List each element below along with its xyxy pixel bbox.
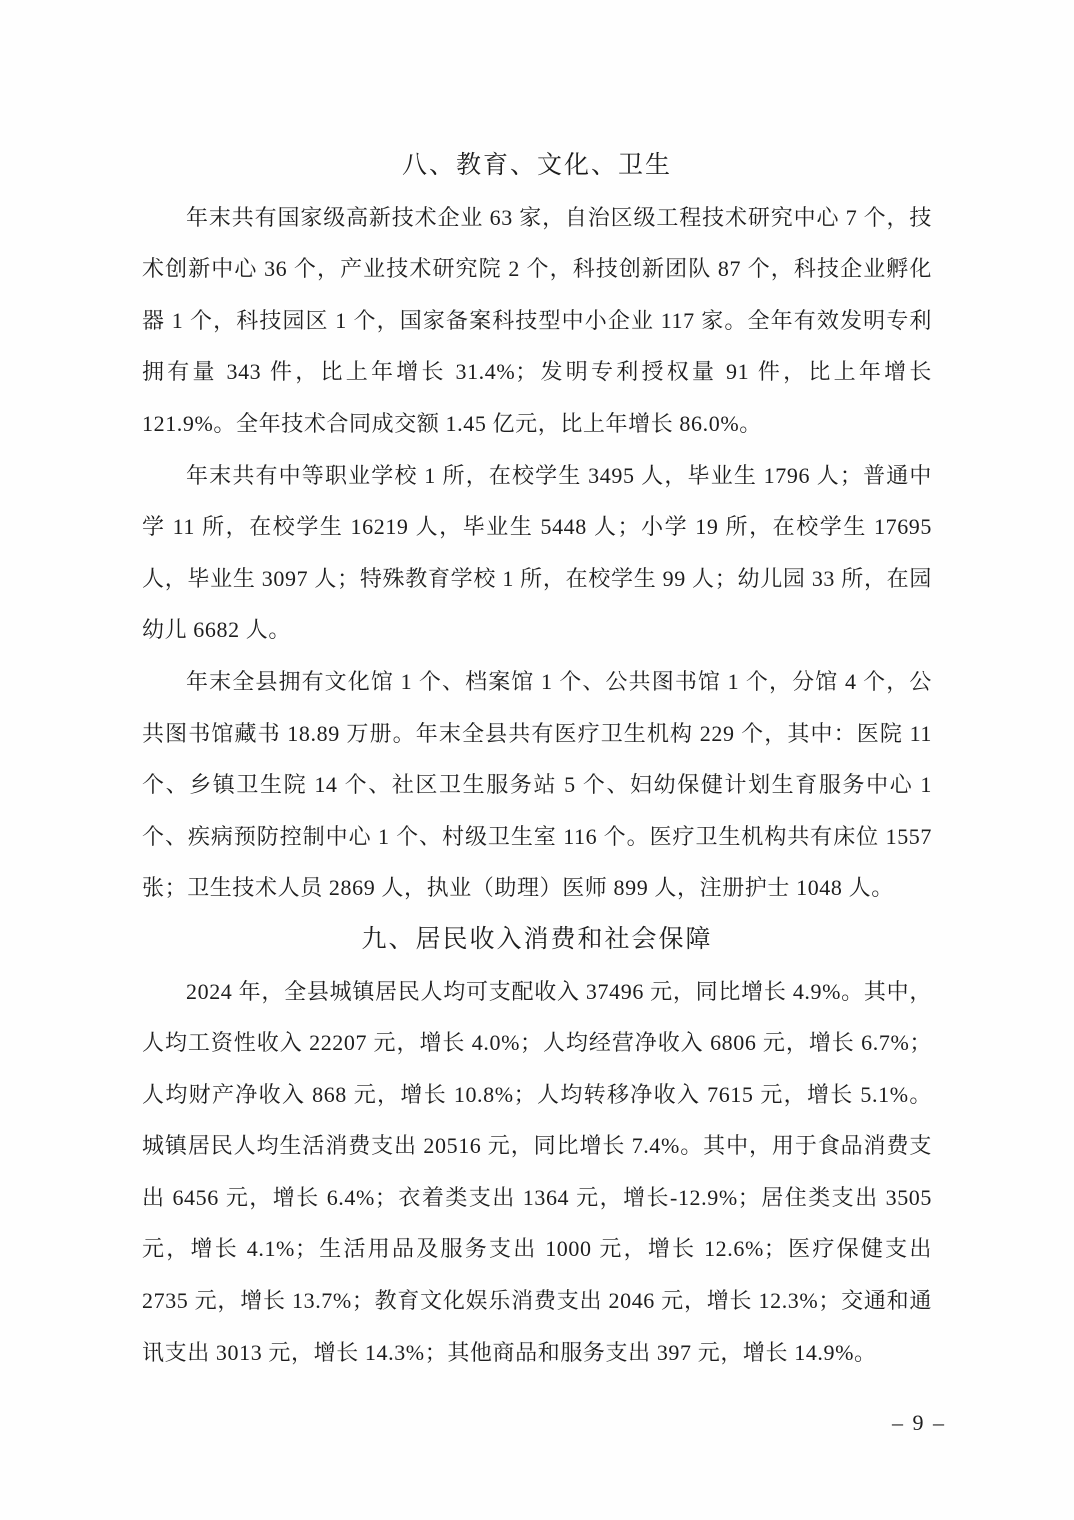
paragraph-science-technology: 年末共有国家级高新技术企业 63 家，自治区级工程技术研究中心 7 个，技术创新… [142,192,932,450]
section-heading-education-culture-health: 八、教育、文化、卫生 [142,140,932,192]
document-page: 八、教育、文化、卫生 年末共有国家级高新技术企业 63 家，自治区级工程技术研究… [0,0,1074,1520]
page-number: – 9 – [892,1410,946,1436]
paragraph-schools: 年末共有中等职业学校 1 所，在校学生 3495 人，毕业生 1796 人；普通… [142,450,932,656]
section-heading-income-consumption: 九、居民收入消费和社会保障 [142,914,932,966]
paragraph-resident-income: 2024 年，全县城镇居民人均可支配收入 37496 元，同比增长 4.9%。其… [142,966,932,1379]
paragraph-culture-medical: 年末全县拥有文化馆 1 个、档案馆 1 个、公共图书馆 1 个，分馆 4 个，公… [142,656,932,914]
